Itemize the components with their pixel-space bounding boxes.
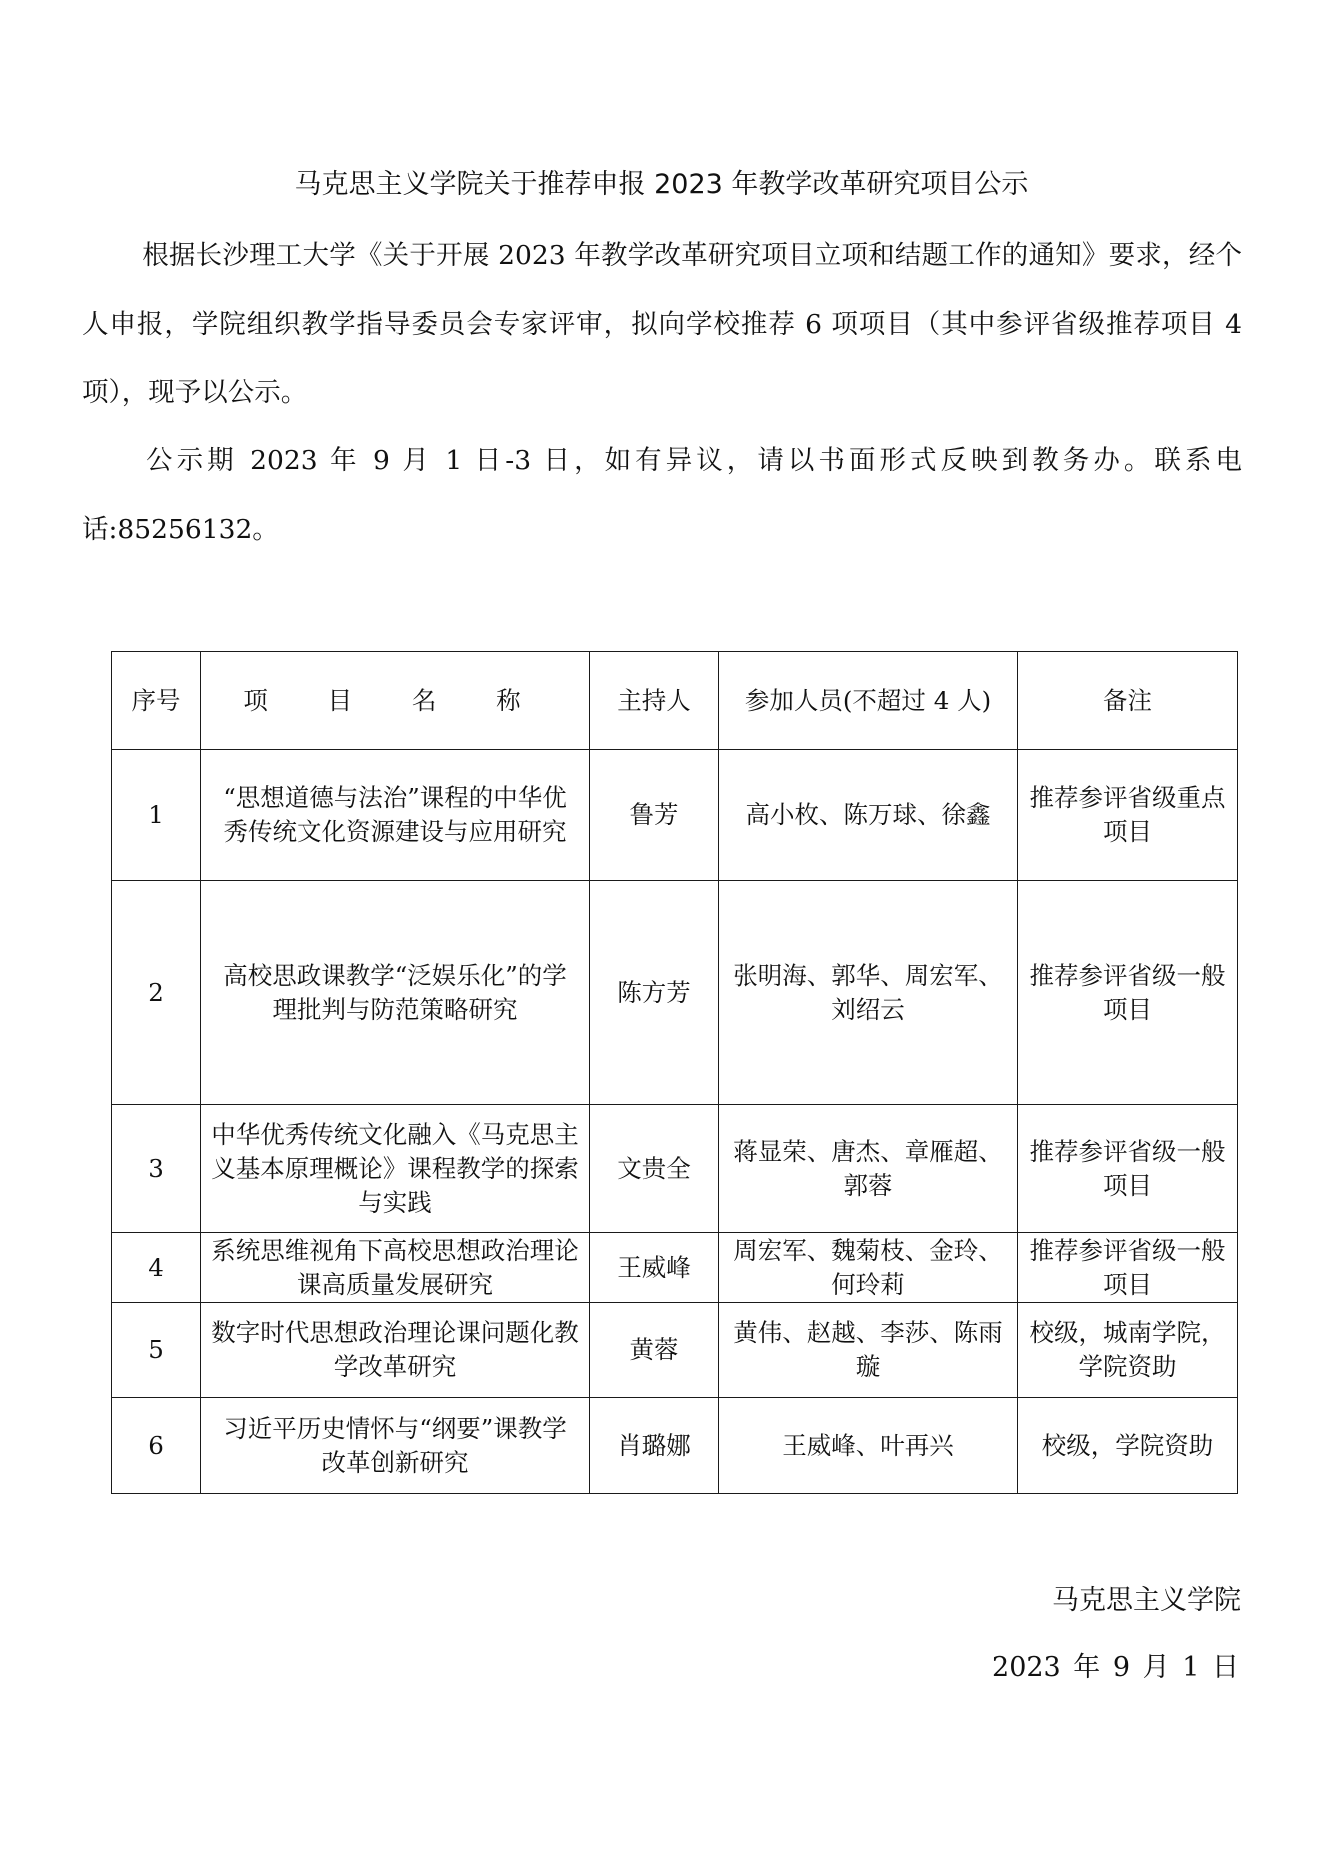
cell-no: 3	[112, 1105, 201, 1233]
header-note: 备注	[1018, 652, 1238, 750]
cell-name: 高校思政课教学“泛娱乐化”的学理批判与防范策略研究	[201, 881, 590, 1105]
paragraph-publicity-period: 公示期 2023 年 9 月 1 日-3 日，如有异议，请以书面形式反映到教务办…	[82, 427, 1242, 564]
cell-host: 黄蓉	[590, 1303, 719, 1398]
cell-note: 校级，学院资助	[1018, 1398, 1238, 1494]
table-header-row: 序号 项 目 名 称 主持人 参加人员(不超过 4 人) 备注	[112, 652, 1238, 750]
cell-members: 张明海、郭华、周宏军、刘绍云	[719, 881, 1018, 1105]
cell-no: 6	[112, 1398, 201, 1494]
projects-table: 序号 项 目 名 称 主持人 参加人员(不超过 4 人) 备注 1 “思想道德与…	[111, 651, 1238, 1494]
header-members: 参加人员(不超过 4 人)	[719, 652, 1018, 750]
table-row: 6 习近平历史情怀与“纲要”课教学改革创新研究 肖璐娜 王威峰、叶再兴 校级，学…	[112, 1398, 1238, 1494]
cell-members: 周宏军、魏菊枝、金玲、何玲莉	[719, 1233, 1018, 1303]
cell-host: 肖璐娜	[590, 1398, 719, 1494]
header-host: 主持人	[590, 652, 719, 750]
cell-name: “思想道德与法治”课程的中华优秀传统文化资源建设与应用研究	[201, 750, 590, 881]
paragraph-text: 公示期 2023 年 9 月 1 日-3 日，如有异议，请以书面形式反映到教务办…	[82, 445, 1242, 545]
table-row: 3 中华优秀传统文化融入《马克思主义基本原理概论》课程教学的探索与实践 文贵全 …	[112, 1105, 1238, 1233]
paragraph-notice: 根据长沙理工大学《关于开展 2023 年教学改革研究项目立项和结题工作的通知》要…	[82, 222, 1242, 428]
cell-members: 王威峰、叶再兴	[719, 1398, 1018, 1494]
cell-members: 高小枚、陈万球、徐鑫	[719, 750, 1018, 881]
cell-host: 鲁芳	[590, 750, 719, 881]
cell-no: 4	[112, 1233, 201, 1303]
cell-note: 推荐参评省级一般项目	[1018, 1105, 1238, 1233]
cell-members: 蒋显荣、唐杰、章雁超、郭蓉	[719, 1105, 1018, 1233]
cell-no: 2	[112, 881, 201, 1105]
table-row: 2 高校思政课教学“泛娱乐化”的学理批判与防范策略研究 陈方芳 张明海、郭华、周…	[112, 881, 1238, 1105]
cell-name: 习近平历史情怀与“纲要”课教学改革创新研究	[201, 1398, 590, 1494]
table-row: 1 “思想道德与法治”课程的中华优秀传统文化资源建设与应用研究 鲁芳 高小枚、陈…	[112, 750, 1238, 881]
signature-date: 2023 年 9 月 1 日	[992, 1648, 1239, 1688]
cell-name: 系统思维视角下高校思想政治理论课高质量发展研究	[201, 1233, 590, 1303]
header-no: 序号	[112, 652, 201, 750]
cell-no: 5	[112, 1303, 201, 1398]
cell-note: 推荐参评省级重点项目	[1018, 750, 1238, 881]
signature-organization: 马克思主义学院	[1052, 1581, 1241, 1621]
cell-no: 1	[112, 750, 201, 881]
cell-note: 校级，城南学院，学院资助	[1018, 1303, 1238, 1398]
table-row: 5 数字时代思想政治理论课问题化教学改革研究 黄蓉 黄伟、赵越、李莎、陈雨璇 校…	[112, 1303, 1238, 1398]
cell-host: 陈方芳	[590, 881, 719, 1105]
table-row: 4 系统思维视角下高校思想政治理论课高质量发展研究 王威峰 周宏军、魏菊枝、金玲…	[112, 1233, 1238, 1303]
cell-host: 王威峰	[590, 1233, 719, 1303]
paragraph-text: 根据长沙理工大学《关于开展 2023 年教学改革研究项目立项和结题工作的通知》要…	[82, 240, 1242, 408]
header-name: 项 目 名 称	[201, 652, 590, 750]
cell-name: 数字时代思想政治理论课问题化教学改革研究	[201, 1303, 590, 1398]
cell-note: 推荐参评省级一般项目	[1018, 881, 1238, 1105]
cell-note: 推荐参评省级一般项目	[1018, 1233, 1238, 1303]
cell-name: 中华优秀传统文化融入《马克思主义基本原理概论》课程教学的探索与实践	[201, 1105, 590, 1233]
cell-members: 黄伟、赵越、李莎、陈雨璇	[719, 1303, 1018, 1398]
page-title: 马克思主义学院关于推荐申报 2023 年教学改革研究项目公示	[0, 165, 1323, 205]
cell-host: 文贵全	[590, 1105, 719, 1233]
